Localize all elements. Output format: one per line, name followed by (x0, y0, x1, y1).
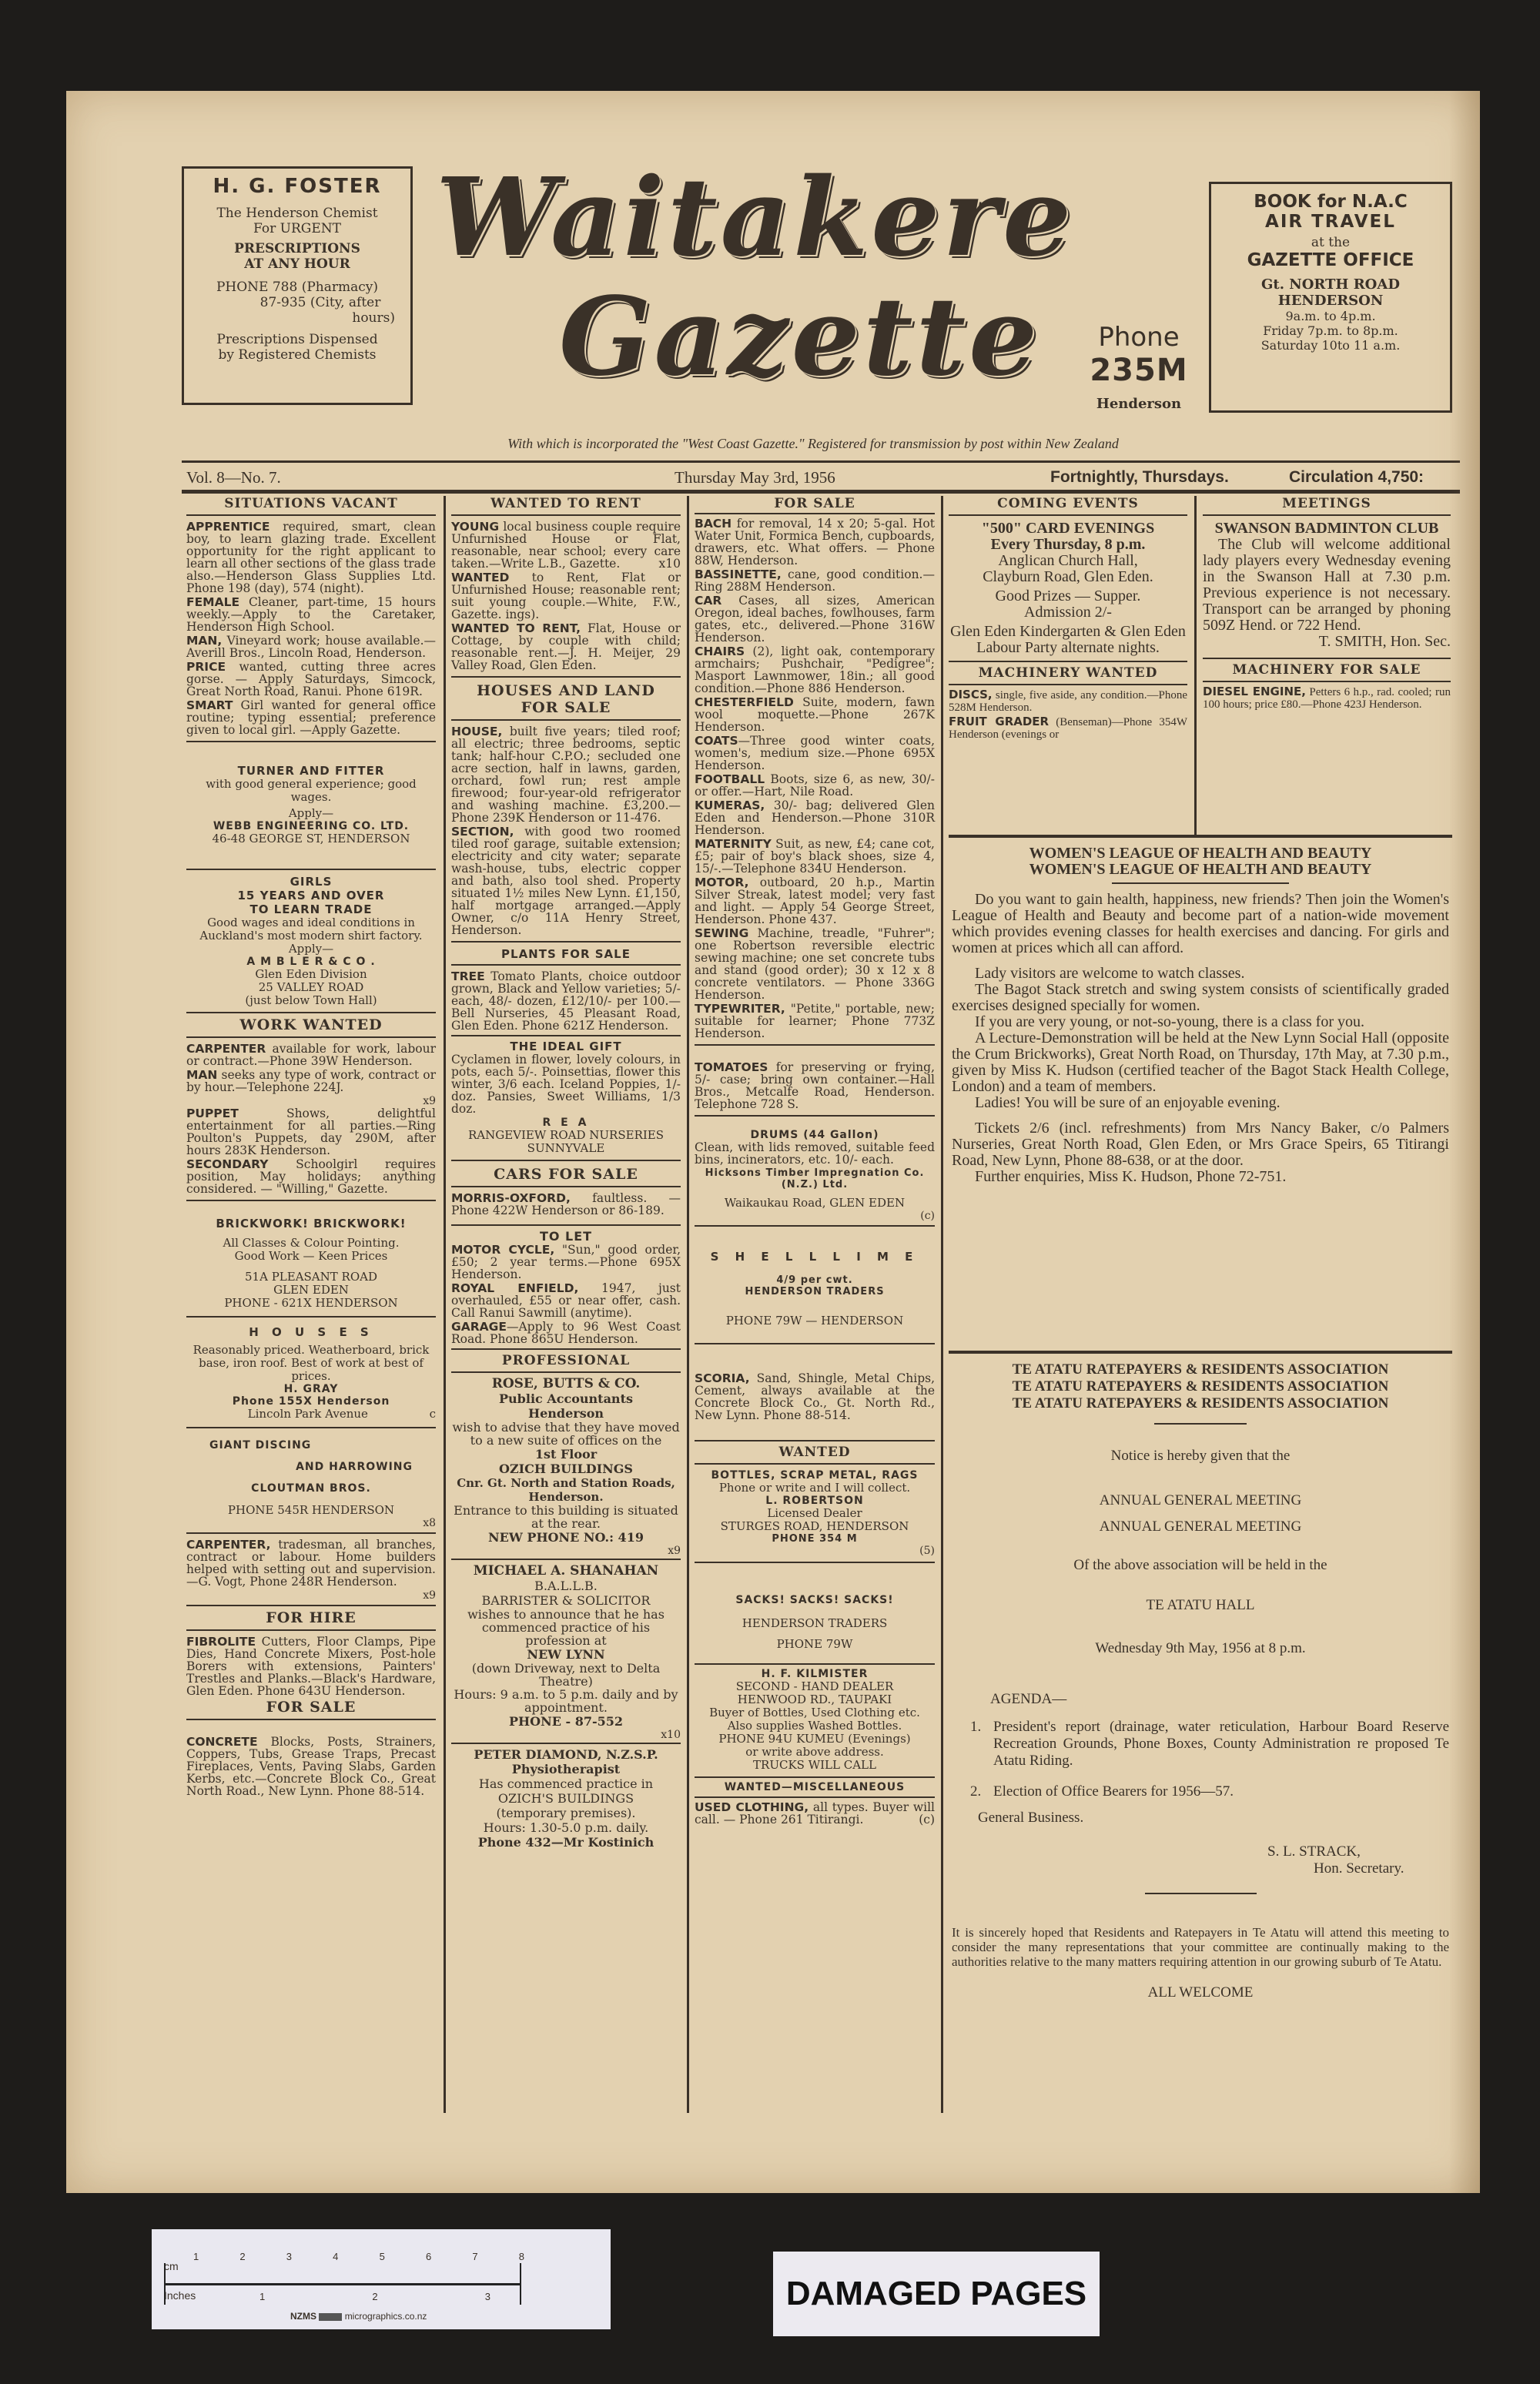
classified-ad: DISCS, single, five aside, any condition… (949, 688, 1187, 714)
classified-ad: CARPENTER available for work, labour or … (186, 1043, 436, 1067)
classified-ad: GARAGE—Apply to 96 West Coast Road. Phon… (451, 1321, 681, 1345)
classified-ad: MAN seeks any type of work, contract or … (186, 1069, 436, 1093)
classified-ad: MATERNITY Suit, as new, £4; cane cot, £5… (695, 838, 935, 875)
work-wanted-heading: WORK WANTED (186, 1016, 436, 1033)
classified-ad: COATS—Three good winter coats, women's, … (695, 735, 935, 772)
brickwork-ad: BRICKWORK! BRICKWORK! All Classes & Colo… (186, 1217, 436, 1310)
classified-ad: FRUIT GRADER (Benseman)—Phone 354W Hende… (949, 715, 1187, 741)
sacks-ad: SACKS! SACKS! SACKS! HENDERSON TRADERS P… (695, 1594, 935, 1651)
nac-line7: 9a.m. to 4p.m. (1211, 309, 1450, 323)
classified-ad: MOTOR, outboard, 20 h.p., Martin Silver … (695, 876, 935, 926)
scale-ruler: cm Inches 12345678 123 NZMS micrographic… (152, 2229, 611, 2329)
ruler-cm-label: cm (164, 2260, 179, 2272)
ruler-brand: NZMS micrographics.co.nz (290, 2311, 427, 2322)
wanted-to-rent-heading: WANTED TO RENT (451, 496, 681, 511)
nac-line3: at the (1211, 235, 1450, 250)
rose-butts-ad: ROSE, BUTTS & CO. Public Accountants Hen… (451, 1376, 681, 1557)
machinery-for-sale-heading: MACHINERY FOR SALE (1203, 662, 1451, 678)
masthead-subtitle: With which is incorporated the "West Coa… (182, 436, 1445, 452)
classified-ad: HOUSE, built five years; tiled roof; all… (451, 725, 681, 824)
classified-ad: KUMERAS, 30/- bag; delivered Glen Eden a… (695, 799, 935, 836)
foster-line3: PRESCRIPTIONS (184, 241, 410, 256)
nac-line5: Gt. NORTH ROAD (1211, 276, 1450, 293)
shanahan-ad: MICHAEL A. SHANAHAN B.A.L.L.B. BARRISTER… (451, 1563, 681, 1741)
column-5: MEETINGS SWANSON BADMINTON CLUB The Club… (1203, 496, 1451, 712)
ideal-gift-ad: THE IDEAL GIFT Cyclamen in flower, lovel… (451, 1040, 681, 1155)
newspaper-page: H. G. FOSTER The Henderson Chemist For U… (66, 91, 1480, 2193)
foster-line4: AT ANY HOUR (184, 256, 410, 272)
nac-line2: AIR TRAVEL (1211, 212, 1450, 232)
drums-ad: DRUMS (44 Gallon) Clean, with lids remov… (695, 1129, 935, 1222)
foster-chemist-ad: H. G. FOSTER The Henderson Chemist For U… (182, 166, 413, 405)
womens-league-notice: WOMEN'S LEAGUE OF HEALTH AND BEAUTY WOME… (952, 845, 1449, 1185)
column-3: FOR SALE BACH for removal, 14 x 20; 5-ga… (695, 496, 935, 1827)
houses-gray-ad: H O U S E S Reasonably priced. Weatherbo… (186, 1325, 436, 1421)
badminton-club-ad: SWANSON BADMINTON CLUB The Club will wel… (1203, 521, 1451, 650)
damaged-pages-label: DAMAGED PAGES (773, 2252, 1100, 2336)
coming-events-heading: COMING EVENTS (949, 496, 1187, 511)
classified-ad: CAR Cases, all sizes, American Oregon, i… (695, 594, 935, 644)
nac-line6: HENDERSON (1211, 293, 1450, 309)
classified-ad: MOTOR CYCLE, "Sun," good order, £50; 2 y… (451, 1244, 681, 1281)
classified-ad: BASSINETTE, cane, good condition.—Ring 2… (695, 568, 935, 593)
classified-ad: YOUNG local business couple require Unfu… (451, 521, 681, 570)
column-divider (1194, 496, 1197, 835)
classified-ad: MAN, Vineyard work; house available.—Ave… (186, 635, 436, 659)
classified-ad: FOOTBALL Boots, size 6, as new, 30/- or … (695, 773, 935, 798)
kilmister-ad: H. F. KILMISTER SECOND - HAND DEALER HEN… (695, 1668, 935, 1772)
volume-number: Vol. 8—No. 7. (186, 468, 281, 487)
foster-phone2: 87-935 (City, after (184, 295, 410, 310)
nac-line9: Saturday 10to 11 a.m. (1211, 338, 1450, 353)
masthead-phone-number: 235M (1081, 353, 1197, 388)
nac-line4: GAZETTE OFFICE (1211, 250, 1450, 270)
foster-phone3: hours) (184, 310, 410, 326)
foster-phone1: PHONE 788 (Pharmacy) (184, 280, 410, 295)
diamond-physio-ad: PETER DIAMOND, N.Z.S.P. Physiotherapist … (451, 1747, 681, 1850)
masthead-phone-place: Henderson (1081, 396, 1197, 412)
agenda-item: 1. President's report (drainage, water r… (952, 1719, 1449, 1770)
classified-ad: FEMALE Cleaner, part-time, 15 hours week… (186, 596, 436, 633)
houses-land-heading: HOUSES AND LANDFOR SALE (451, 682, 681, 716)
machinery-wanted-heading: MACHINERY WANTED (949, 665, 1187, 681)
professional-heading: PROFESSIONAL (451, 1353, 681, 1368)
classified-ad: TREE Tomato Plants, choice outdoor grown… (451, 970, 681, 1032)
classified-ad: APPRENTICE required, smart, clean boy, t… (186, 521, 436, 594)
nac-line1: BOOK for N.A.C (1211, 192, 1450, 212)
foster-line1: The Henderson Chemist (184, 206, 410, 221)
ruler-inches-label: Inches (164, 2289, 196, 2302)
circulation: Circulation 4,750: (1289, 468, 1424, 487)
situations-vacant-heading: SITUATIONS VACANT (186, 496, 436, 511)
masthead-phone-label: Phone (1081, 322, 1197, 353)
to-let-heading: TO LET (451, 1229, 681, 1244)
classified-ad: CHAIRS (2), light oak, contemporary armc… (695, 645, 935, 695)
classified-ad: SECONDARY Schoolgirl requires position, … (186, 1158, 436, 1195)
classified-ad: ROYAL ENFIELD, 1947, just overhauled, £5… (451, 1282, 681, 1319)
classified-ad: WANTED to Rent, Flat or Unfurnished Hous… (451, 571, 681, 621)
ruler-cm-ticks: 12345678 (193, 2251, 524, 2262)
classified-ad: PUPPET Shows, delightful entertainment f… (186, 1107, 436, 1157)
classified-ad: SEWING Machine, treadle, "Fuhrer"; one R… (695, 927, 935, 1001)
column-divider (444, 496, 446, 2113)
classified-ad: SECTION, with good two roomed tiled roof… (451, 825, 681, 936)
issue-date: Thursday May 3rd, 1956 (675, 468, 835, 487)
classified-ad: WANTED TO RENT, Flat, House or Cottage, … (451, 622, 681, 671)
wanted-heading: WANTED (695, 1445, 935, 1460)
card-evenings-ad: "500" CARD EVENINGS Every Thursday, 8 p.… (949, 521, 1187, 656)
classified-ad: MORRIS-OXFORD, faultless. — Phone 422W H… (451, 1192, 681, 1217)
classified-ad: SCORIA, Sand, Shingle, Metal Chips, Ceme… (695, 1372, 935, 1421)
classified-ad: SMART Girl wanted for general office rou… (186, 699, 436, 736)
foster-footer1: Prescriptions Dispensed (184, 332, 410, 347)
foster-footer2: by Registered Chemists (184, 347, 410, 363)
girls-trade-ad: GIRLS 15 YEARS AND OVER TO LEARN TRADE G… (186, 875, 436, 1007)
classified-ad: BACH for removal, 14 x 20; 5-gal. Hot Wa… (695, 517, 935, 567)
masthead-phone: Phone 235M Henderson (1081, 322, 1197, 412)
te-atatu-agm-notice: TE ATATU RATEPAYERS & RESIDENTS ASSOCIAT… (952, 1361, 1449, 2001)
column-divider (941, 496, 943, 2113)
column-1: SITUATIONS VACANT APPRENTICE required, s… (186, 496, 436, 1799)
plants-for-sale-heading: PLANTS FOR SALE (451, 947, 681, 961)
meetings-heading: MEETINGS (1203, 496, 1451, 511)
classified-ad: DIESEL ENGINE, Petters 6 h.p., rad. cool… (1203, 685, 1451, 711)
publication-frequency: Fortnightly, Thursdays. (1050, 468, 1229, 487)
nac-line8: Friday 7p.m. to 8p.m. (1211, 323, 1450, 338)
classified-ad: USED CLOTHING, all types. Buyer will cal… (695, 1801, 935, 1826)
shell-lime-ad: S H E L L L I M E 4/9 per cwt. HENDERSON… (695, 1250, 935, 1328)
cars-for-sale-heading: CARS FOR SALE (451, 1166, 681, 1183)
for-hire-heading: FOR HIRE (186, 1609, 436, 1626)
wanted-miscellaneous-heading: WANTED—MISCELLANEOUS (695, 1781, 935, 1793)
for-sale-heading: FOR SALE (695, 496, 935, 511)
classified-ad: CHESTERFIELD Suite, modern, fawn wool mo… (695, 696, 935, 733)
agenda-item: 2. Election of Office Bearers for 1956—5… (952, 1783, 1449, 1800)
classified-ad: FIBROLITE Cutters, Floor Clamps, Pipe Di… (186, 1636, 436, 1697)
masthead-title-line2: Gazette (559, 280, 1040, 395)
classified-ad: CARPENTER, tradesman, all branches, cont… (186, 1539, 436, 1588)
classified-ad: CONCRETE Blocks, Posts, Strainers, Coppe… (186, 1736, 436, 1797)
bottles-scrap-ad: BOTTLES, SCRAP METAL, RAGS Phone or writ… (695, 1469, 935, 1557)
foster-name: H. G. FOSTER (184, 175, 410, 198)
column-divider (687, 496, 689, 2113)
classified-ad: TYPEWRITER, "Petite," portable, new; sui… (695, 1003, 935, 1040)
classified-ad: PRICE wanted, cutting three acres gorse.… (186, 661, 436, 698)
for-sale-heading: FOR SALE (186, 1699, 436, 1716)
ruler-inch-ticks: 123 (259, 2291, 490, 2302)
column-2: WANTED TO RENT YOUNG local business coup… (451, 496, 681, 1850)
column-4: COMING EVENTS "500" CARD EVENINGS Every … (949, 496, 1187, 742)
nac-air-travel-ad: BOOK for N.A.C AIR TRAVEL at the GAZETTE… (1209, 182, 1452, 413)
giant-discing-ad: GIANT DISCING AND HARROWING CLOUTMAN BRO… (186, 1439, 436, 1529)
foster-line2: For URGENT (184, 221, 410, 236)
classified-ad: TOMATOES for preserving or frying, 5/- c… (695, 1061, 935, 1110)
masthead-title-line1: Waitakere (436, 160, 1074, 276)
turner-fitter-ad: TURNER AND FITTER with good general expe… (186, 764, 436, 845)
